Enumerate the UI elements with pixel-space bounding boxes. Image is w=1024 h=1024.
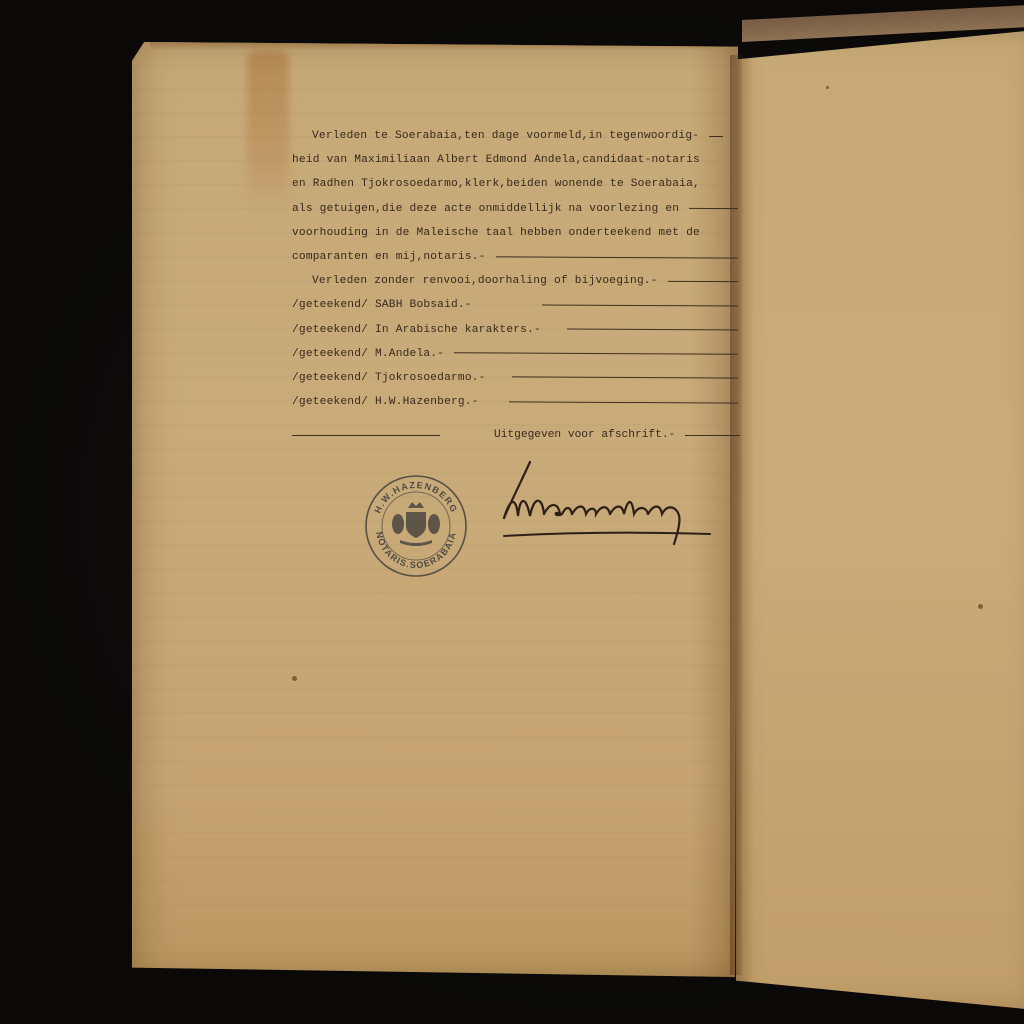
signed-line: /geteekend/ M.Andela.-: [292, 342, 742, 366]
fill-rule: [689, 208, 738, 209]
text-line: voorhouding in de Maleische taal hebben …: [292, 221, 742, 245]
signature-icon: HWHazenberg: [496, 458, 718, 550]
text-line: als getuigen,die deze acte onmiddellijk …: [292, 197, 742, 221]
seal-icon: H.W.HAZENBERG NOTARIS.SOERABAIA: [364, 474, 468, 578]
fill-rule: [668, 281, 738, 282]
notary-seal-stamp: H.W.HAZENBERG NOTARIS.SOERABAIA: [364, 474, 468, 578]
paper-speck: [826, 86, 829, 89]
fill-rule: [512, 377, 738, 379]
text-line: heid van Maximiliaan Albert Edmond Andel…: [292, 148, 742, 172]
notary-signature: HWHazenberg: [496, 458, 718, 550]
fill-rule: [509, 401, 738, 403]
signed-line: /geteekend/ H.W.Hazenberg.-: [292, 390, 742, 414]
text-line: Verleden zonder renvooi,doorhaling of bi…: [292, 269, 742, 293]
fill-rule: [709, 136, 723, 137]
text-line: Verleden te Soerabaia,ten dage voormeld,…: [292, 124, 742, 148]
text-line: comparanten en mij,notaris.-: [292, 245, 742, 269]
fill-rule: [496, 256, 738, 258]
fill-rule: [685, 435, 740, 436]
signed-line: /geteekend/ In Arabische karakters.-: [292, 318, 742, 342]
svg-text:H.W.HAZENBERG: H.W.HAZENBERG: [372, 480, 459, 515]
fill-rule: [542, 304, 738, 306]
paper-speck: [292, 676, 297, 681]
coat-of-arms-icon: [392, 502, 440, 546]
paper-speck: [978, 604, 983, 609]
blank-rule: [292, 435, 440, 436]
fill-rule: [567, 329, 738, 331]
signed-line: /geteekend/ SABH Bobsaid.-: [292, 293, 742, 317]
right-page-blank: [736, 30, 1024, 1010]
water-stain: [247, 50, 289, 210]
text-line: en Radhen Tjokrosoedarmo,klerk,beiden wo…: [292, 172, 742, 196]
deed-text-block: Verleden te Soerabaia,ten dage voormeld,…: [292, 124, 742, 414]
issued-for-copy-line: Uitgegeven voor afschrift.-: [292, 423, 740, 447]
signed-line: /geteekend/ Tjokrosoedarmo.-: [292, 366, 742, 390]
fill-rule: [454, 353, 738, 355]
